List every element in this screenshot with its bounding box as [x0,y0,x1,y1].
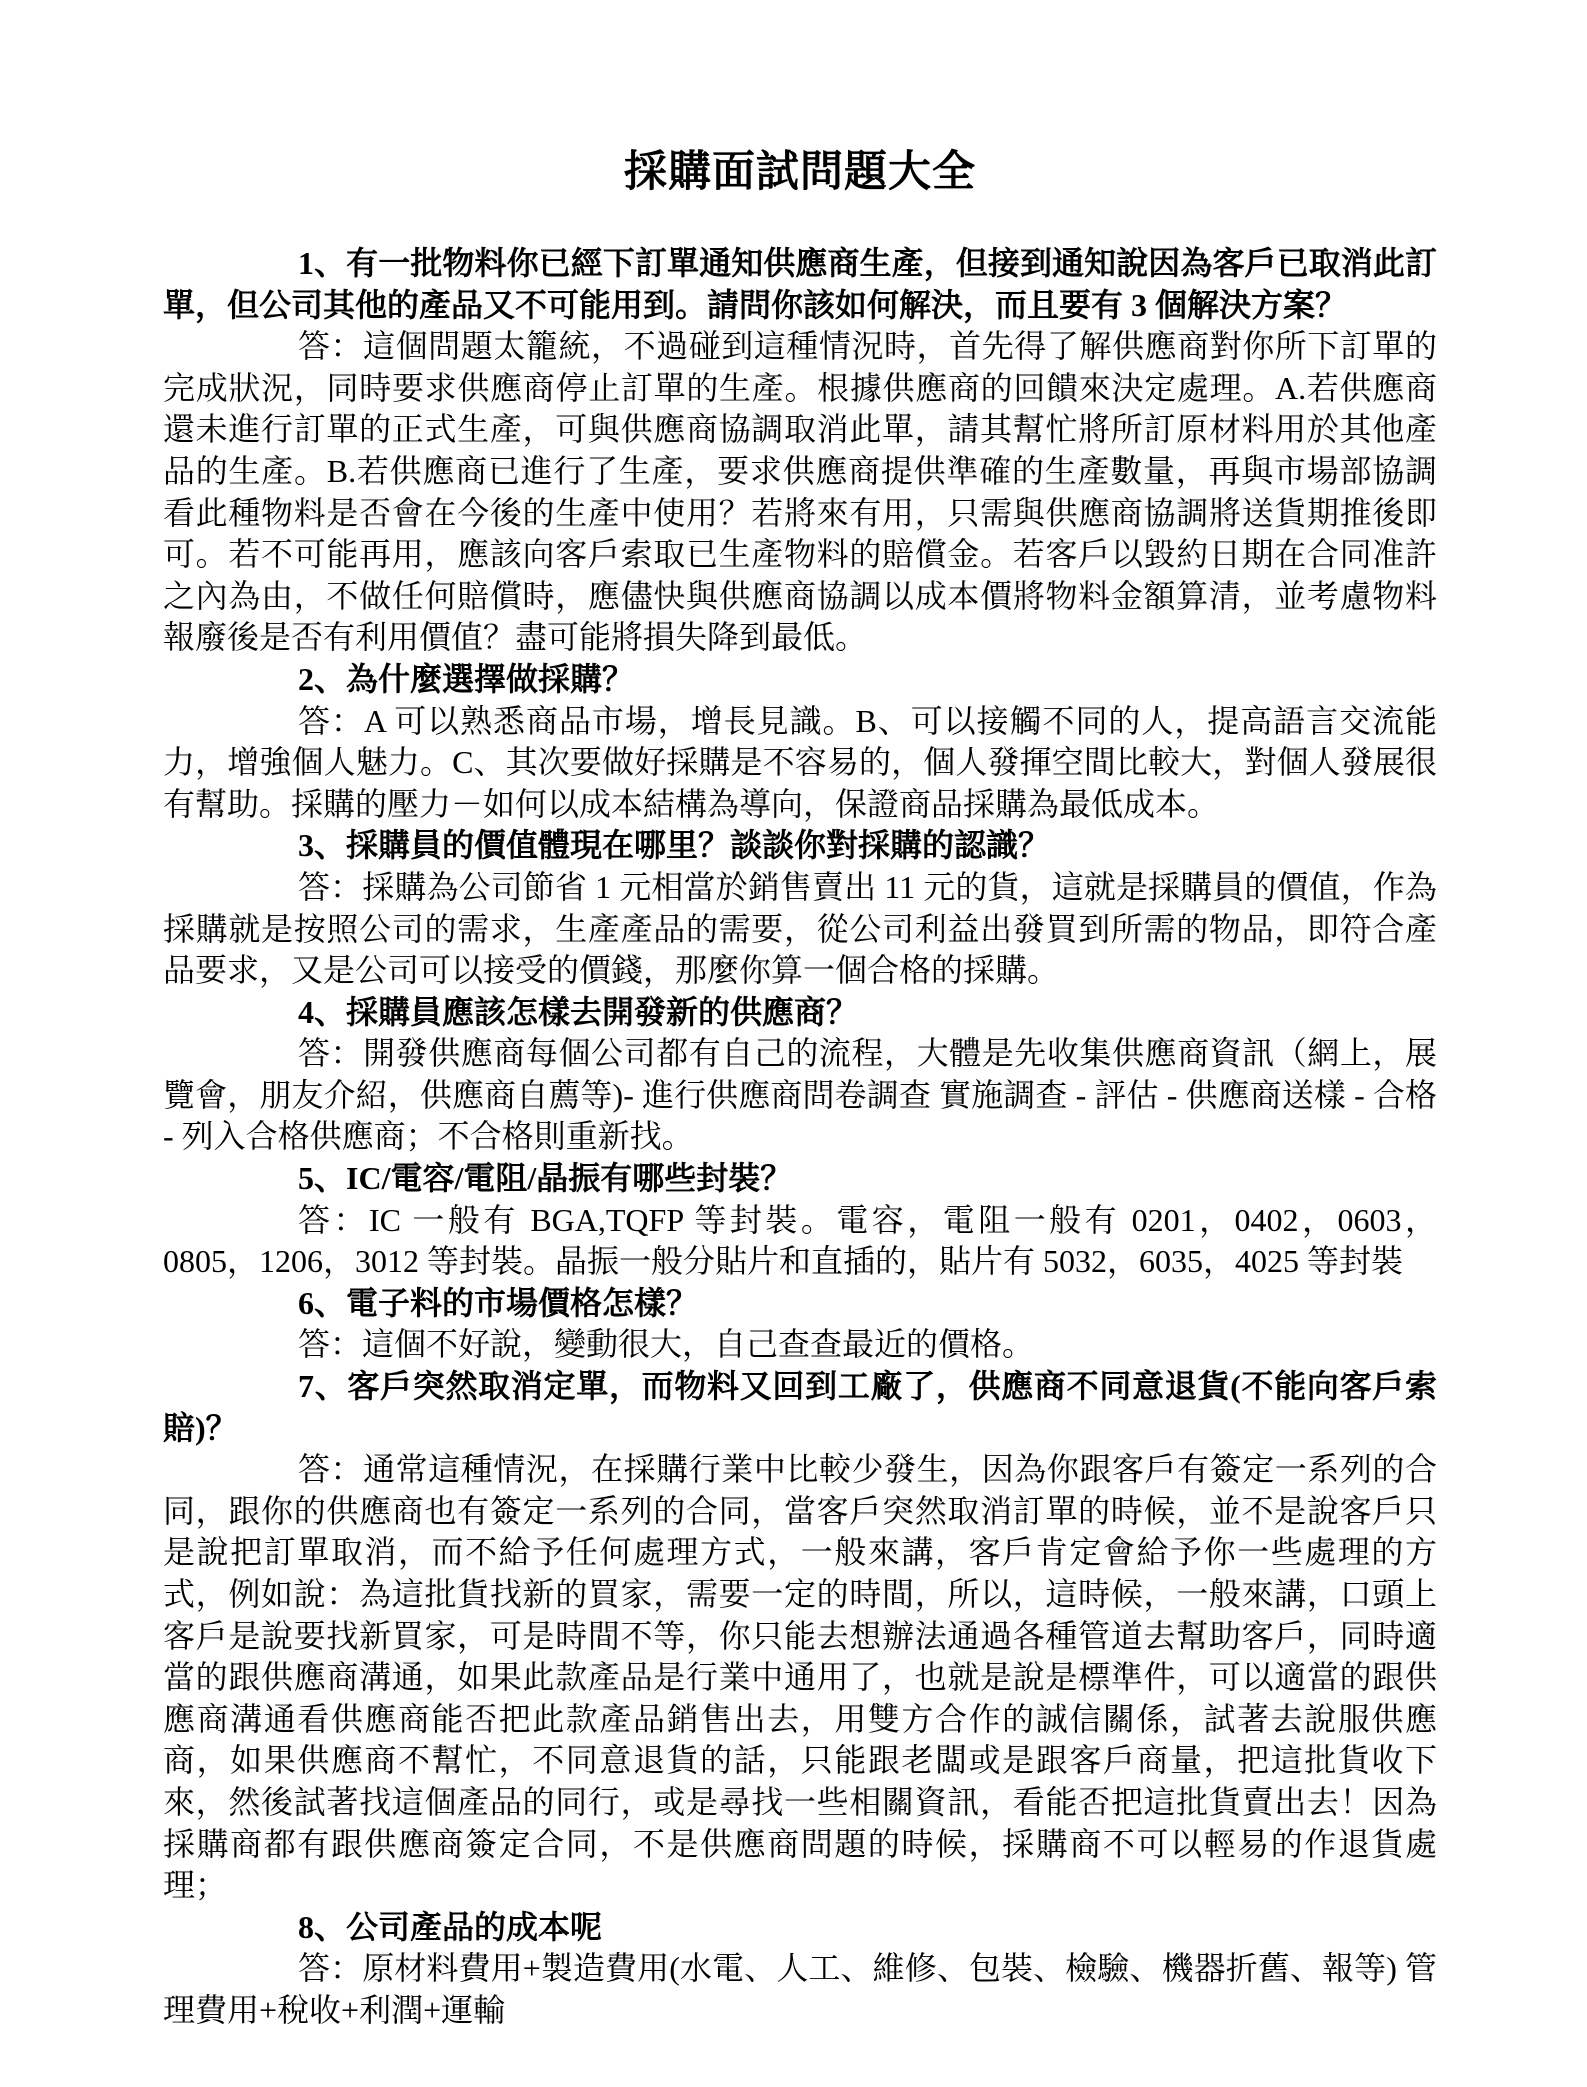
question-1: 1、有一批物料你已經下訂單通知供應商生產，但接到通知說因為客戶已取消此訂單，但公… [163,243,1437,326]
answer-1: 答：這個問題太籠統，不過碰到這種情況時，首先得了解供應商對你所下訂單的完成狀況，… [163,326,1437,659]
qa-list: 1、有一批物料你已經下訂單通知供應商生產，但接到通知說因為客戶已取消此訂單，但公… [163,243,1437,2032]
question-2: 2、為什麼選擇做採購？ [163,659,1437,701]
document-page: 採購面試問題大全 1、有一批物料你已經下訂單通知供應商生產，但接到通知說因為客戶… [0,0,1587,2087]
answer-4: 答：開發供應商每個公司都有自己的流程，大體是先收集供應商資訊（網上，展覽會，朋友… [163,1033,1437,1158]
answer-6: 答：這個不好說，變動很大，自己查查最近的價格。 [163,1324,1437,1366]
document-title: 採購面試問題大全 [163,148,1437,197]
answer-3: 答：採購為公司節省 1 元相當於銷售賣出 11 元的貨，這就是採購員的價值，作為… [163,867,1437,992]
question-5: 5、IC/電容/電阻/晶振有哪些封裝？ [163,1158,1437,1200]
answer-2: 答：A 可以熟悉商品市場，增長見識。B、可以接觸不同的人，提高語言交流能力，增強… [163,701,1437,826]
question-6: 6、電子料的市場價格怎樣？ [163,1283,1437,1325]
answer-7: 答：通常這種情況，在採購行業中比較少發生，因為你跟客戶有簽定一系列的合同，跟你的… [163,1449,1437,1907]
question-4: 4、採購員應該怎樣去開發新的供應商？ [163,992,1437,1034]
answer-8: 答：原材料費用+製造費用(水電、人工、維修、包裝、檢驗、機器折舊、報等) 管理費… [163,1948,1437,2031]
question-7: 7、客戶突然取消定單，而物料又回到工廠了，供應商不同意退貨(不能向客戶索賠)？ [163,1366,1437,1449]
answer-5: 答：IC 一般有 BGA,TQFP 等封裝。電容，電阻一般有 0201，0402… [163,1200,1437,1283]
question-8: 8、公司產品的成本呢 [163,1907,1437,1949]
question-3: 3、採購員的價值體現在哪里？談談你對採購的認識？ [163,825,1437,867]
